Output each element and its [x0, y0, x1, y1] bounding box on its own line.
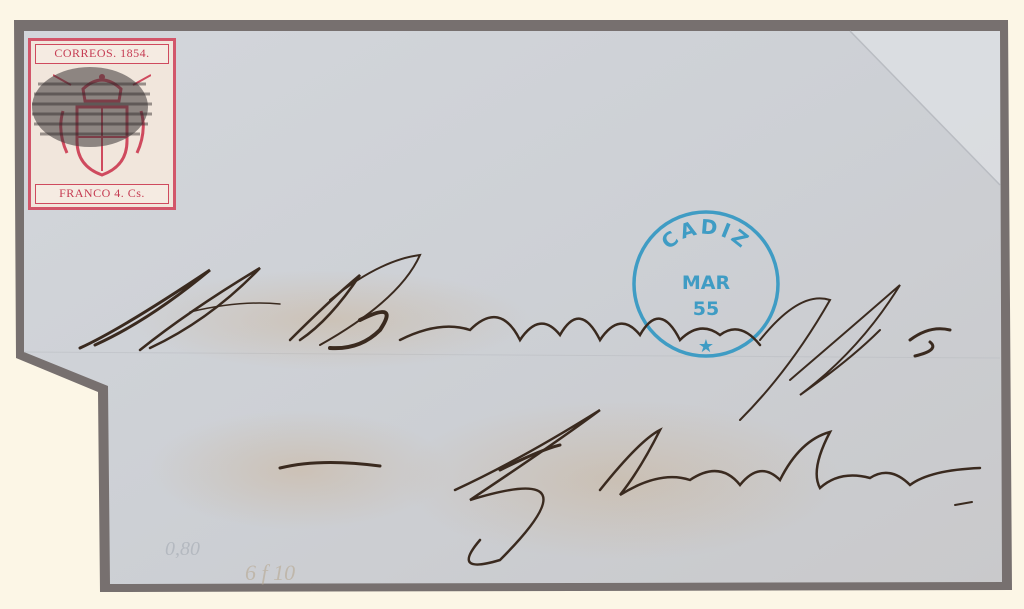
postal-cover-photo: 0,80 6 f 10 CORREOS. 1854. FRANCO 4. Cs. — [0, 0, 1024, 609]
handwritten-address: Sres Berlingieri y Hos Gibraltar. — [0, 0, 1024, 609]
